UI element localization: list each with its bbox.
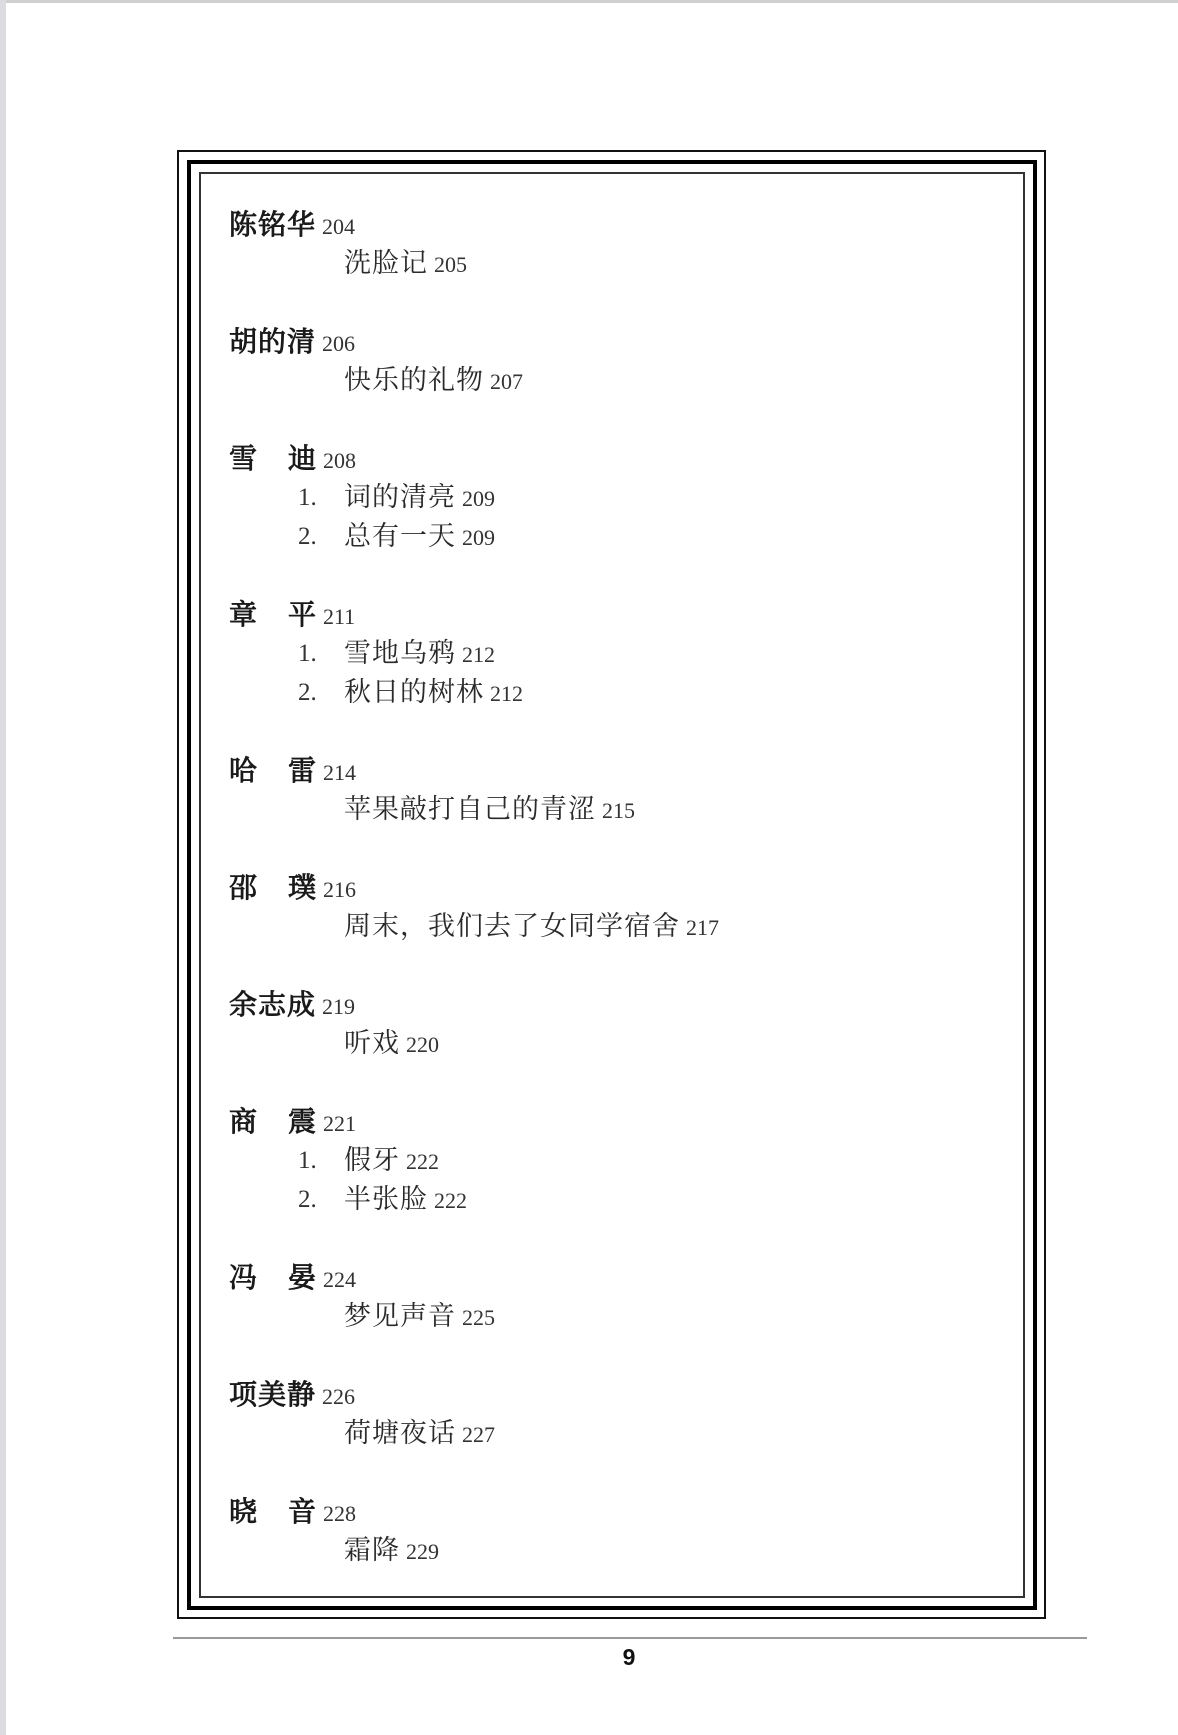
toc-work-line[interactable]: 2. 总有一天209 [229,517,1009,556]
author-char: 商 [229,1102,258,1141]
author-char: 冯 [229,1258,258,1297]
toc-entry: 陈铭华204 洗脸记205 [229,205,1009,283]
author-name: 陈铭华 [229,205,316,244]
author-page-number: 216 [323,877,356,902]
work-title: 秋日的树林 [344,677,484,708]
viewer-left-edge [0,0,6,1735]
work-page-number: 222 [434,1188,467,1213]
author-page-number: 219 [322,994,355,1019]
table-of-contents: 陈铭华204 洗脸记205 胡的清206 快乐的礼物207 雪迪208 1. 词… [229,205,1009,1609]
toc-author-line[interactable]: 哈雷214 [229,751,1009,790]
work-title: 荷塘夜话 [344,1418,456,1449]
toc-work-line[interactable]: 梦见声音225 [229,1297,1009,1336]
work-index: 1. [298,634,317,673]
toc-entry: 雪迪208 1. 词的清亮209 2. 总有一天209 [229,439,1009,556]
toc-entry: 项美静226 荷塘夜话227 [229,1375,1009,1453]
work-title: 快乐的礼物 [344,365,484,396]
toc-author-line[interactable]: 余志成219 [229,985,1009,1024]
author-page-number: 226 [322,1384,355,1409]
toc-work-line[interactable]: 2. 半张脸222 [229,1180,1009,1219]
toc-work-line[interactable]: 苹果敲打自己的青涩215 [229,790,1009,829]
work-page-number: 227 [462,1422,495,1447]
author-page-number: 211 [323,604,355,629]
work-page-number: 215 [602,798,635,823]
work-page-number: 209 [462,525,495,550]
author-char: 迪 [288,439,317,478]
toc-entry: 胡的清206 快乐的礼物207 [229,322,1009,400]
toc-work-line[interactable]: 周末，我们去了女同学宿舍217 [229,907,1009,946]
author-page-number: 204 [322,214,355,239]
toc-author-line[interactable]: 商震221 [229,1102,1009,1141]
author-name: 邵璞 [229,868,317,907]
toc-work-line[interactable]: 2. 秋日的树林212 [229,673,1009,712]
author-page-number: 206 [322,331,355,356]
author-name: 冯晏 [229,1258,317,1297]
work-page-number: 209 [462,486,495,511]
author-char: 章 [229,595,258,634]
toc-author-line[interactable]: 冯晏224 [229,1258,1009,1297]
work-page-number: 212 [490,681,523,706]
author-page-number: 228 [323,1501,356,1526]
author-page-number: 221 [323,1111,356,1136]
toc-entry: 冯晏224 梦见声音225 [229,1258,1009,1336]
toc-work-line[interactable]: 1. 词的清亮209 [229,478,1009,517]
work-page-number: 217 [686,915,719,940]
toc-entry: 商震221 1. 假牙222 2. 半张脸222 [229,1102,1009,1219]
footer-divider [173,1637,1087,1639]
toc-work-line[interactable]: 霜降229 [229,1531,1009,1570]
work-title: 假牙 [344,1145,400,1176]
work-title: 词的清亮 [344,482,456,513]
author-name: 章平 [229,595,317,634]
toc-author-line[interactable]: 陈铭华204 [229,205,1009,244]
author-page-number: 224 [323,1267,356,1292]
author-char: 震 [288,1102,317,1141]
work-index: 2. [298,517,317,556]
toc-author-line[interactable]: 晓音228 [229,1492,1009,1531]
work-page-number: 225 [462,1305,495,1330]
work-title: 周末，我们去了女同学宿舍 [344,911,680,942]
toc-work-line[interactable]: 听戏220 [229,1024,1009,1063]
toc-entry: 哈雷214 苹果敲打自己的青涩215 [229,751,1009,829]
toc-author-line[interactable]: 雪迪208 [229,439,1009,478]
work-index: 1. [298,478,317,517]
toc-author-line[interactable]: 章平211 [229,595,1009,634]
toc-entry: 余志成219 听戏220 [229,985,1009,1063]
work-title: 半张脸 [344,1184,428,1215]
work-page-number: 205 [434,252,467,277]
toc-work-line[interactable]: 1. 雪地乌鸦212 [229,634,1009,673]
toc-author-line[interactable]: 邵璞216 [229,868,1009,907]
toc-entry: 邵璞216 周末，我们去了女同学宿舍217 [229,868,1009,946]
work-title: 洗脸记 [344,248,428,279]
work-title: 苹果敲打自己的青涩 [344,794,596,825]
work-title: 总有一天 [344,521,456,552]
work-title: 霜降 [344,1535,400,1566]
work-page-number: 229 [406,1539,439,1564]
author-char: 晏 [288,1258,317,1297]
work-index: 1. [298,1141,317,1180]
work-title: 雪地乌鸦 [344,638,456,669]
toc-author-line[interactable]: 项美静226 [229,1375,1009,1414]
work-page-number: 212 [462,642,495,667]
toc-entry: 晓音228 霜降229 [229,1492,1009,1570]
work-title: 听戏 [344,1028,400,1059]
author-char: 邵 [229,868,258,907]
toc-work-line[interactable]: 荷塘夜话227 [229,1414,1009,1453]
author-char: 平 [288,595,317,634]
author-name: 胡的清 [229,322,316,361]
author-page-number: 208 [323,448,356,473]
toc-work-line[interactable]: 洗脸记205 [229,244,1009,283]
author-char: 哈 [229,751,258,790]
author-char: 璞 [288,868,317,907]
author-page-number: 214 [323,760,356,785]
page-number: 9 [0,1644,1178,1671]
toc-work-line[interactable]: 1. 假牙222 [229,1141,1009,1180]
work-index: 2. [298,1180,317,1219]
toc-entry: 章平211 1. 雪地乌鸦212 2. 秋日的树林212 [229,595,1009,712]
author-name: 商震 [229,1102,317,1141]
author-name: 晓音 [229,1492,317,1531]
toc-author-line[interactable]: 胡的清206 [229,322,1009,361]
viewer-top-edge [0,0,1178,3]
author-name: 余志成 [229,985,316,1024]
author-name: 项美静 [229,1375,316,1414]
toc-work-line[interactable]: 快乐的礼物207 [229,361,1009,400]
author-name: 雪迪 [229,439,317,478]
author-char: 雷 [288,751,317,790]
author-name: 哈雷 [229,751,317,790]
work-index: 2. [298,673,317,712]
author-char: 音 [288,1492,317,1531]
author-char: 晓 [229,1492,258,1531]
work-page-number: 220 [406,1032,439,1057]
author-char: 雪 [229,439,258,478]
work-title: 梦见声音 [344,1301,456,1332]
work-page-number: 222 [406,1149,439,1174]
work-page-number: 207 [490,369,523,394]
